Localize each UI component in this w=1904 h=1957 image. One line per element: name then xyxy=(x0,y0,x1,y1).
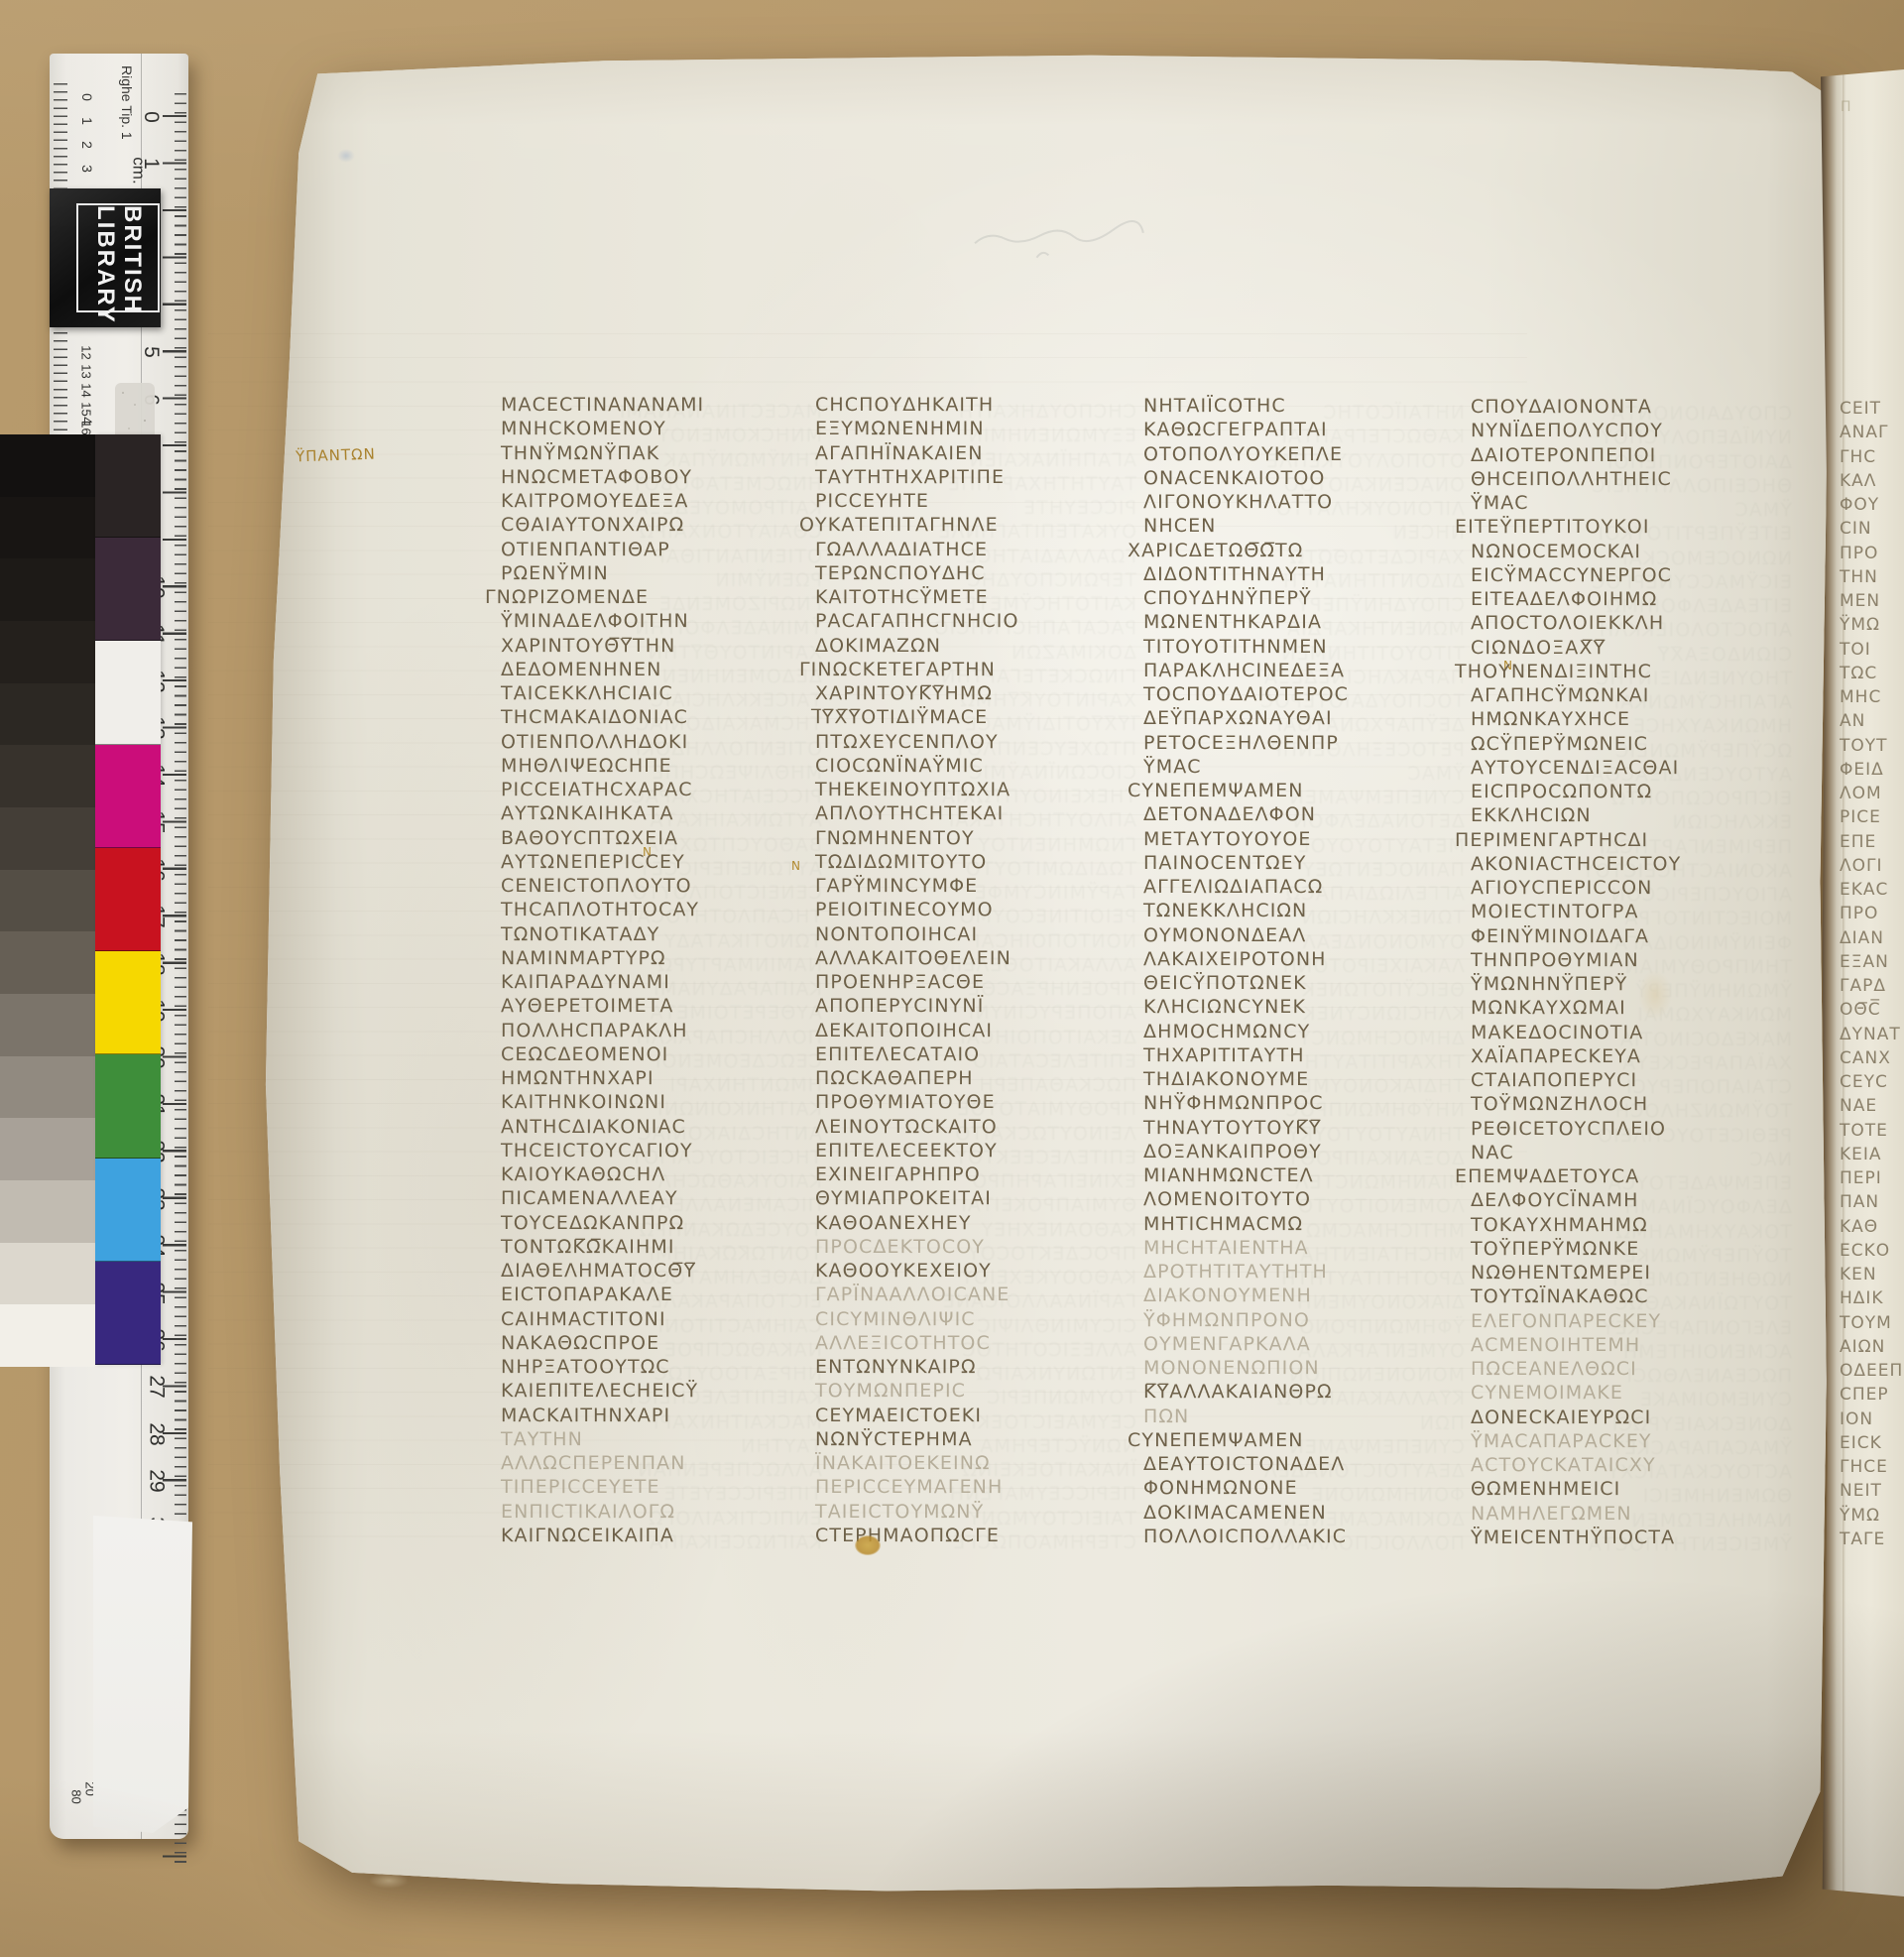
text-line: ΝΩΝΟCΕΜΟCΚΑΙ xyxy=(1471,540,1798,563)
text-line: ΔΟΝΕCΚΑΙΕΥΡΩCΙ xyxy=(1471,1406,1798,1429)
text-line: ΕΠΕΜΨΑΔΕΤΟΥCΑ xyxy=(1455,1164,1798,1188)
text-line: ΔΕΑΥΤΟΙCΤΟΝΑΔΕΛ xyxy=(1143,1452,1471,1476)
text-line: ΓΝΩΡΙΖΟΜΕΝΔΕ xyxy=(485,585,828,609)
text-line: ΚΑΙΠΑΡΑΔΥΝΑΜΙ xyxy=(501,970,828,994)
text-line: ΕΠΙΤΕΛΕCΑΤΑΙΟ xyxy=(815,1042,1142,1066)
text-line: ΡΙCCΕΙΑΤΗCΧΑΡΑC xyxy=(501,778,828,801)
text-line: ΠΤΩΧΕΥCΕΝΠΛΟΥ xyxy=(815,730,1142,754)
text-line: ΠΟΛΛΟΙCΠΟΛΛΑΚΙC xyxy=(1143,1525,1471,1548)
text-line: ΜΩΝΚΑΥΧΩΜΑΙ xyxy=(1471,996,1798,1020)
text-line: ΡΕΘΙCΕΤΟΥCΠΛΕΙΟ xyxy=(1471,1117,1798,1141)
text-line: ΜΝΗCΚΟΜΕΝΟΥ xyxy=(501,417,828,440)
color-patch xyxy=(95,538,161,641)
marginal-correction-note: ΫΠΑΝΤΩΝ xyxy=(296,445,376,466)
text-line: CΥΝΕΠΕΜΨΑΜΕΝ xyxy=(1128,1428,1471,1452)
text-line: ΝΥΝΪΔΕΠΟΛΥCΠΟΥ xyxy=(1471,419,1798,442)
text-line: ΜΗCΗΤΑΙΕΝΤΗΑ xyxy=(1143,1236,1471,1260)
text-line: ΘΕΙCΫΠΟΤΩΝΕΚ xyxy=(1143,971,1471,995)
color-patch xyxy=(95,848,161,951)
text-line: ΤΙΤΟΥΟΤΙΤΗΝΜΕΝ xyxy=(1143,635,1471,659)
text-line: ΔΕΛΦΟΥCΪΝΑΜΗ xyxy=(1471,1188,1798,1212)
text-line: ΕΠΙΤΕΛΕCΕΕΚΤΟΥ xyxy=(815,1139,1142,1162)
text-line: ΚΑΙΕΠΙΤΕΛΕCΗΕΙCΫ xyxy=(501,1379,828,1403)
text-line: ΝΗΤΑΙΪCΟΤΗC xyxy=(1143,394,1471,418)
text-line: CΕΩCΔΕΟΜΕΝΟΙ xyxy=(501,1042,828,1066)
edge-text-line: ΡΙCΕ xyxy=(1840,805,1904,829)
text-line: CΘΑΙΑΥΤΟΝΧΑΙΡΩ xyxy=(501,513,828,537)
ruler-cm-number: 5 xyxy=(139,346,163,358)
text-line: ΘΗCΕΙΠΟΛΛΗΤΗΕΙC xyxy=(1471,467,1798,491)
text-line: ΑΓΙΟΥCΠΕΡΙCCΟΝ xyxy=(1471,876,1798,900)
text-line: CΠΟΥΔΑΙΟΝΟΝΤΑ xyxy=(1471,395,1798,419)
grayscale-step-wedge xyxy=(0,434,95,1367)
edge-text-line: ΜΗC xyxy=(1840,685,1904,709)
edge-text-line: ΕΙCΚ xyxy=(1840,1431,1904,1455)
edge-text-line: ΠΑΝ xyxy=(1840,1190,1904,1214)
edge-text-line: ΓΗCΕ xyxy=(1840,1455,1904,1479)
edge-text-line: ΤΗΝ xyxy=(1840,565,1904,589)
text-line: ΟΥΜΟΝΟΝΔΕΑΛ xyxy=(1143,923,1471,947)
british-library-label: BRITISH LIBRARY xyxy=(50,188,161,327)
text-line: ΕΙCΤΟΠΑΡΑΚΑΛΕ xyxy=(501,1283,828,1306)
set-off-ghost-marks xyxy=(966,211,1155,271)
edge-text-line: ΤΟΙ xyxy=(1840,638,1904,662)
text-line: ΔΟΚΙΜΑCΑΜΕΝΕΝ xyxy=(1143,1501,1471,1525)
text-line: CΤΑΙΑΠΟΠΕΡΥCΙ xyxy=(1471,1068,1798,1092)
edge-text-line: ΑΙΩΝ xyxy=(1840,1335,1904,1359)
text-line: ΟΥΜΕΝΓΑΡΚΑΛΑ xyxy=(1143,1332,1471,1356)
text-line: ΤΑΥΤΗΝ xyxy=(501,1427,828,1451)
text-line: ΑΠΟCΤΟΛΟΙΕΚΚΛΗ xyxy=(1471,611,1798,635)
text-line: ΛΟΜΕΝΟΙΤΟΥΤΟ xyxy=(1143,1187,1471,1211)
text-line: ΜΑCΕCΤΙΝΑΝΑΝΑΜΙ xyxy=(501,393,828,417)
text-line: ΚΑΙΓΝΩCΕΙΚΑΙΠΑ xyxy=(501,1524,828,1547)
text-line: ΤΑΙCΕΚΚΛΗCΙΑΙC xyxy=(501,681,828,705)
gray-step xyxy=(0,1304,95,1367)
text-line: ΧΑΡΙΝΤΟΥΘ̅Υ̅ΤΗΝ xyxy=(501,634,828,658)
text-line: ΤΗΝΠΡΟΘΥΜΙΑΝ xyxy=(1471,948,1798,972)
text-line: ΜΕΤΑΥΤΟΥΟΥΟΕ xyxy=(1143,827,1471,851)
text-line: ΤΟΚΑΥΧΗΜΑΗΜΩ xyxy=(1471,1213,1798,1237)
text-line: ΔΟΚΙΜΑΖΩΝ xyxy=(815,634,1142,658)
edge-text-line: ΫΜΩ xyxy=(1840,1504,1904,1528)
edge-text-line: ΠΕΡΙ xyxy=(1840,1166,1904,1190)
edge-text-line: ΕΚΑC xyxy=(1840,878,1904,902)
brand-line: BRITISH xyxy=(119,205,146,310)
text-line: CΙCΥΜΙΝΘΛΙΨΙC xyxy=(815,1307,1142,1331)
color-patch xyxy=(95,1159,161,1262)
text-line: ΤΑΙΕΙCΤΟΥΜΩΝΫ xyxy=(815,1500,1142,1524)
brand-line: LIBRARY xyxy=(92,205,119,310)
text-line: ΟΤΙΕΝΠΑΝΤΙΘΑΡ xyxy=(501,538,828,561)
ruler-cm-number: 0 xyxy=(139,111,163,123)
text-line: ΜΑΚΕΔΟCΙΝΟΤΙΑ xyxy=(1471,1021,1798,1044)
text-line: ΤΗCΑΠΛΟΤΗΤΟCΑΥ xyxy=(501,898,828,921)
text-line: ΚΛΗCΙΩΝCΥΝΕΚ xyxy=(1143,995,1471,1019)
text-line: CΕΝΕΙCΤΟΠΛΟΥΤΟ xyxy=(501,874,828,898)
color-patch xyxy=(95,1054,161,1158)
text-line: ΤΟΫΠΕΡΫΜΩΝΚΕ xyxy=(1471,1237,1798,1261)
gray-step xyxy=(0,931,95,994)
color-patch xyxy=(95,1262,161,1365)
text-line: ΕΙΤΕΑΔΕΛΦΟΙΗΜΩ xyxy=(1471,587,1798,611)
text-column-1: ΜΑCΕCΤΙΝΑΝΑΝΑΜΙΜΝΗCΚΟΜΕΝΟΥΤΗΝΫΜΩΝΫΠΑΚΗΝΩ… xyxy=(501,393,828,1547)
text-line: ΠΡΟΘΥΜΙΑΤΟΥΘΕ xyxy=(815,1090,1142,1114)
text-line: CΠΟΥΔΗΝΫΠΕΡΫ xyxy=(1143,586,1471,610)
text-line: ΤΗΟΥΝΕΝΔΙΞΙΝΤΗC xyxy=(1455,660,1798,683)
text-line: ΓΑΡΪΝΑΑΛΛΟΙCΑΝΕ xyxy=(815,1283,1142,1306)
text-line: CΙΩΝΔΟΞΑΧ̅Υ̅ xyxy=(1471,636,1798,660)
edge-text-line: ΔΙΑΝ xyxy=(1840,926,1904,950)
text-line: CΥΝΕΜΟΙΜΑΚΕ xyxy=(1471,1381,1798,1405)
text-line: ΕΚΚΛΗCΙΩΝ xyxy=(1471,803,1798,827)
text-line: ΝΗΫΦΗΜΩΝΠΡΟC xyxy=(1143,1091,1471,1115)
text-line: ΑΠΟΠΕΡΥCΙΝΥΝΪ xyxy=(815,994,1142,1018)
text-line: ΑΛΛΕΞΙCΟΤΗΤΟC xyxy=(815,1331,1142,1355)
text-line: ΠΩΝ xyxy=(1143,1405,1471,1428)
gray-step xyxy=(0,1056,95,1119)
text-line: ΤΩΝΕΚΚΛΗCΙΩΝ xyxy=(1143,899,1471,922)
text-line: ΚΑΙΟΥΚΑΘΩCΗΛ xyxy=(501,1162,828,1186)
edge-text-line: ΝΑΕ xyxy=(1840,1094,1904,1118)
text-line: ΔΕΤΟΝΑΔΕΛΦΟΝ xyxy=(1143,802,1471,826)
text-line: ΕΞΥΜΩΝΕΝΗΜΙΝ xyxy=(815,417,1142,440)
text-line: ΔΡΟΤΗΤΙΤΑΥΤΗΤΗ xyxy=(1143,1260,1471,1284)
ruler-side-number: 1 xyxy=(79,117,95,125)
text-column-4: CΠΟΥΔΑΙΟΝΟΝΤΑΝΥΝΪΔΕΠΟΛΥCΠΟΥΔΑΙΟΤΕΡΟΝΠΕΠΟ… xyxy=(1471,395,1798,1549)
text-line: ΜΑCΚΑΙΤΗΝΧΑΡΙ xyxy=(501,1404,828,1427)
edge-text-line: ΤΟΥΤ xyxy=(1840,734,1904,758)
text-line: ΧΑΡΙΝΤΟΥΚ̅Υ̅ΗΜΩ xyxy=(815,681,1142,705)
color-patch xyxy=(95,745,161,848)
gray-step xyxy=(0,497,95,559)
text-line: ΠΟΛΛΗCΠΑΡΑΚΛΗ xyxy=(501,1019,828,1042)
text-line: CΗCΠΟΥΔΗΚΑΙΤΗ xyxy=(815,393,1142,417)
edge-text-line: ΛΟΓΙ xyxy=(1840,854,1904,878)
text-line: ΤΑΥΤΗΤΗΧΑΡΙΤΙΠΕ xyxy=(815,465,1142,489)
text-line: ΜΩΝΕΝΤΗΚΑΡΔΙΑ xyxy=(1143,610,1471,634)
edge-text-line: ΤΟΥΜ xyxy=(1840,1311,1904,1335)
text-line: ΤΗΔΙΑΚΟΝΟΥΜΕ xyxy=(1143,1067,1471,1091)
text-line: ΤΟΥCΕΔΩΚΑΝΠΡΩ xyxy=(501,1211,828,1235)
text-line: ΠΙCΑΜΕΝΑΛΛΕΑΥ xyxy=(501,1186,828,1210)
text-line: ΕΛΕΓΟΝΠΑΡΕCΚΕΥ xyxy=(1471,1309,1798,1333)
text-line: ΠΡΟΕΝΗΡΞΑCΘΕ xyxy=(815,970,1142,994)
text-line: ΜΗΘΛΙΨΕΩCΗΠΕ xyxy=(501,754,828,778)
text-line: ΛΙΓΟΝΟΥΚΗΛΑΤΤΟ xyxy=(1143,490,1471,514)
text-line: ΜΙΑΝΗΜΩΝCΤΕΛ xyxy=(1143,1163,1471,1187)
ruler-bottom-number: 80 xyxy=(69,1789,84,1803)
text-line: ΧΑΡΙCΔΕΤΩΘ̅Ω̅ΤΩ xyxy=(1128,539,1471,562)
ruler-side-number: 13 xyxy=(79,364,94,378)
text-line: ΚΑΙΤΟΤΗCΫΜΕΤΕ xyxy=(815,585,1142,609)
text-line: ΡΑCΑΓΑΠΗCΓΝΗCΙΟ xyxy=(815,609,1142,633)
ruler-side-number: 3 xyxy=(79,165,95,173)
text-line: ΝΑΚΑΘΩCΠΡΟΕ xyxy=(501,1331,828,1355)
text-line: ΜΟΙΕCΤΙΝΤΟΓΡΑ xyxy=(1471,900,1798,923)
text-line: ΔΕΚΑΙΤΟΠΟΙΗCΑΙ xyxy=(815,1019,1142,1042)
gray-step xyxy=(0,870,95,932)
text-line: ΡΕΙΟΙΤΙΝΕCΟΥΜΟ xyxy=(815,898,1142,921)
text-line: ΕΧΙΝΕΙΓΑΡΗΠΡΟ xyxy=(815,1162,1142,1186)
text-line: ΑΓΓΕΛΙΩΔΙΑΠΑCΩ xyxy=(1143,875,1471,899)
text-line: ΝΩΘΗΕΝΤΩΜΕΡΕΙ xyxy=(1471,1261,1798,1284)
text-line: ΔΑΙΟΤΕΡΟΝΠΕΠΟΙ xyxy=(1471,443,1798,467)
edge-text-line: ΜΕΝ xyxy=(1840,589,1904,613)
ruler-cm-number: 28 xyxy=(145,1422,169,1445)
text-line: ΓΩΑΛΛΑΔΙΑΤΗCΕ xyxy=(815,538,1142,561)
text-line: ΔΗΜΟCΗΜΩΝCΥ xyxy=(1143,1020,1471,1043)
text-line: ΪΝΑΚΑΙΤΟΕΚΕΙΝΩ xyxy=(815,1451,1142,1475)
text-line: ΕΙΤΕΫΠΕΡΤΙΤΟΥΚΟΙ xyxy=(1455,515,1798,539)
edge-text-line: ΔΥΝΑΤ xyxy=(1840,1023,1904,1046)
text-line: ΚΑΘΟΑΝΕΧΗΕΥ xyxy=(815,1211,1142,1235)
text-line: ΠΕΡΙCCΕΥΜΑΓΕΝΗ xyxy=(815,1475,1142,1499)
edge-text-line: ΤΩC xyxy=(1840,662,1904,685)
edge-text-line: ΗΔΙΚ xyxy=(1840,1286,1904,1310)
text-line: ΫΜΑC xyxy=(1143,755,1471,779)
text-line: ΑΛΛΩCΠΕΡΕΝΠΑΝ xyxy=(501,1451,828,1475)
text-line: ΠΕΡΙΜΕΝΓΑΡΤΗCΔΙ xyxy=(1455,828,1798,852)
photograph-background: ΫΠΑΝΤΩΝ Ν Ν Ν ΜΑCΕCΤΙΝΑΝΑΝΑΜΙΜΝΗCΚΟΜΕΝΟΥ… xyxy=(0,0,1904,1957)
text-line: ΠΑΙΝΟCΕΝΤΩΕΥ xyxy=(1143,851,1471,875)
text-line: ΡΕΤΟCΕΞΗΛΘΕΝΠΡ xyxy=(1143,731,1471,755)
text-line: ΟΤΙΕΝΠΟΛΛΗΔΟΚΙ xyxy=(501,730,828,754)
text-line: ΝΑC xyxy=(1471,1141,1798,1164)
text-column-2: CΗCΠΟΥΔΗΚΑΙΤΗΕΞΥΜΩΝΕΝΗΜΙΝΑΓΑΠΗΪΝΑΚΑΙΕΝΤΑ… xyxy=(815,393,1142,1547)
ruler-side-number: 0 xyxy=(79,93,95,101)
ruler-side-number: 2 xyxy=(79,141,95,149)
text-line: CΕΥΜΑΕΙCΤΟΕΚΙ xyxy=(815,1404,1142,1427)
edge-text-line: ΓΗC xyxy=(1840,445,1904,469)
sticker-residue xyxy=(115,383,155,440)
edge-text-line: ΓΑΡΔ xyxy=(1840,974,1904,998)
edge-text-line: CΑΝΧ xyxy=(1840,1046,1904,1070)
text-line: ΤΗΝΫΜΩΝΫΠΑΚ xyxy=(501,441,828,465)
edge-text-line: ΫΜΩ xyxy=(1840,613,1904,637)
text-line: ΤΟCΠΟΥΔΑΙΟΤΕΡΟC xyxy=(1143,682,1471,706)
text-line: ΤΟΝΤΩΚ̅Ω̅ΚΑΙΗΜΙ xyxy=(501,1235,828,1259)
text-line: ΡΩΕΝΫΜΙΝ xyxy=(501,561,828,585)
edge-text-line: ΑΝ xyxy=(1840,709,1904,733)
text-line: ΓΑΡΫΜΙΝCΥΜΦΕ xyxy=(815,874,1142,898)
text-line: ΡΙCCΕΥΗΤΕ xyxy=(815,489,1142,513)
white-card-overlay xyxy=(93,1516,192,1833)
text-line: ΤΗCΜΑΚΑΙΔΟΝΙΑC xyxy=(501,705,828,729)
text-line: ΩCΫΠΕΡΫΜΩΝΕΙC xyxy=(1471,732,1798,756)
edge-text-line: ΠΡΟ xyxy=(1840,902,1904,925)
text-line: ΑΓΑΠΗΪΝΑΚΑΙΕΝ xyxy=(815,441,1142,465)
text-line: ΓΝΩΜΗΝΕΝΤΟΥ xyxy=(815,826,1142,850)
text-line: ΠΡΟCΔΕΚΤΟCΟΥ xyxy=(815,1235,1142,1259)
gray-step xyxy=(0,807,95,870)
text-line: ΟΥΚΑΤΕΠΙΤΑΓΗΝΛΕ xyxy=(799,513,1142,537)
edge-text-line: CΙΝ xyxy=(1840,517,1904,541)
text-line: ΫΜΑCΑΠΑΡΑCΚΕΥ xyxy=(1471,1429,1798,1453)
text-line: Ι̅Υ̅Χ̅Υ̅ΟΤΙΔΙΫΜΑCΕ xyxy=(815,705,1142,729)
color-patch xyxy=(95,641,161,744)
text-column-3: ΝΗΤΑΙΪCΟΤΗCΚΑΘΩCΓΕΓΡΑΠΤΑΙΟΤΟΠΟΛΥΟΥΚΕΠΛΕΟ… xyxy=(1143,394,1471,1548)
text-line: ΑΠΛΟΥΤΗCΗΤΕΚΑΙ xyxy=(815,801,1142,825)
text-line: ΝΩΝΫCΤΕΡΗΜΑ xyxy=(815,1427,1142,1451)
british-library-text: BRITISH LIBRARY xyxy=(76,203,160,312)
text-line: ΓΙΝΩCΚΕΤΕΓΑΡΤΗΝ xyxy=(799,658,1142,681)
edge-text-line: ΙΟΝ xyxy=(1840,1407,1904,1431)
text-line: ΤΟΫΜΩΝΖΗΛΟCΗ xyxy=(1471,1092,1798,1116)
edge-text-line: ΑΝΑΓ xyxy=(1840,421,1904,444)
gray-step xyxy=(0,1118,95,1180)
gray-step xyxy=(0,745,95,807)
text-line: ΠΩCΕΑΝΕΛΘΩCΙ xyxy=(1471,1357,1798,1381)
gray-step xyxy=(0,1243,95,1305)
text-line: ΠΩCΚΑΘΑΠΕΡΗ xyxy=(815,1066,1142,1090)
gray-step xyxy=(0,558,95,621)
text-line: ΔΙΑΘΕΛΗΜΑΤΟCΘ̅Υ̅ xyxy=(501,1259,828,1283)
text-line: ΑCΤΟΥCΚΑΤΑΙCΧΥ xyxy=(1471,1453,1798,1477)
edge-text-line: ΦΟΥ xyxy=(1840,493,1904,517)
text-line: CΥΝΕΠΕΜΨΑΜΕΝ xyxy=(1128,779,1471,802)
text-line: ΝΗΡΞΑΤΟΟΥΤΩC xyxy=(501,1355,828,1379)
text-line: ΚΑΙΤΡΟΜΟΥΕΔΕΞΑ xyxy=(501,489,828,513)
text-line: ΤΩΔΙΔΩΜΙΤΟΥΤΟ xyxy=(815,850,1142,874)
text-line: ΒΑΘΟΥCΠΤΩΧΕΙΑ xyxy=(501,826,828,850)
text-line: ΚΑΙΤΗΝΚΟΙΝΩΝΙ xyxy=(501,1090,828,1114)
color-calibration-patches xyxy=(95,434,161,1365)
ruler-side-label: Righe Tip. 1 xyxy=(119,65,135,184)
text-line: ΔΙΔΟΝΤΙΤΗΝΑΥΤΗ xyxy=(1143,562,1471,586)
text-line: ΫΜΙΝΑΔΕΛΦΟΙΤΗΝ xyxy=(501,609,828,633)
gray-step xyxy=(0,683,95,746)
text-line: CΙΟCΩΝΪΝΑΫΜΙC xyxy=(815,754,1142,778)
text-line: ΫΜΩΝΗΝΫΠΕΡΫ xyxy=(1471,972,1798,996)
text-line: ΤΗΧΑΡΙΤΙΤΑΥΤΗ xyxy=(1143,1043,1471,1067)
text-line: ΤΟΥΜΩΝΠΕΡΙC xyxy=(815,1379,1142,1403)
color-patch xyxy=(95,434,161,538)
text-line: ΑΥΘΕΡΕΤΟΙΜΕΤΑ xyxy=(501,994,828,1018)
edge-text-line: ΛΟΜ xyxy=(1840,782,1904,805)
edge-text-line: CΕΥC xyxy=(1840,1070,1904,1094)
text-line: ΝΗCΕΝ xyxy=(1143,514,1471,538)
edge-text-line: ΕΞΑΝ xyxy=(1840,950,1904,974)
edge-text-line: CΕΙΤ xyxy=(1840,397,1904,421)
edge-text-line: ΦΕΙΔ xyxy=(1840,758,1904,782)
text-line: ΕΝΤΩΝΥΝΚΑΙΡΩ xyxy=(815,1355,1142,1379)
text-line: ΫΜΑC xyxy=(1471,491,1798,515)
text-line: ΚΑΘΟΟΥΚΕΧΕΙΟΥ xyxy=(815,1259,1142,1283)
text-line: ΟΝΑCΕΝΚΑΙΟΤΟΟ xyxy=(1143,466,1471,490)
edge-text-line: ΚΕΝ xyxy=(1840,1263,1904,1286)
text-line: ΑΥΤΩΝΚΑΙΗΚΑΤΑ xyxy=(501,801,828,825)
color-patch xyxy=(95,951,161,1054)
next-folio-text-column: CΕΙΤΑΝΑΓΓΗCΚΑΛΦΟΥCΙΝΠΡΟΤΗΝΜΕΝΫΜΩΤΟΙΤΩCΜΗ… xyxy=(1840,397,1904,1551)
text-line: ΗΝΩCΜΕΤΑΦΟΒΟΥ xyxy=(501,465,828,489)
text-line: ΔΕΔΟΜΕΝΗΝΕΝ xyxy=(501,658,828,681)
text-line: ΑΥΤΩΝΕΠΕΡΙCCΕΥ xyxy=(501,850,828,874)
edge-text-line: ΚΑΘ xyxy=(1840,1215,1904,1239)
text-line: Κ̅Υ̅ΑΛΛΑΚΑΙΑΝΘΡΩ xyxy=(1143,1380,1471,1404)
text-line: ΠΑΡΑΚΛΗCΙΝΕΔΕΞΑ xyxy=(1143,659,1471,682)
text-line: ΝΑΜΙΝΜΑΡΤΥΡΩ xyxy=(501,946,828,970)
ruler-side-number: 12 xyxy=(79,345,94,359)
text-line: ΟΤΟΠΟΛΥΟΥΚΕΠΛΕ xyxy=(1143,442,1471,466)
text-line: ΤΗΝΑΥΤΟΥΤΟΥΚ̅Υ̅ xyxy=(1143,1116,1471,1140)
text-line: ΔΕΫΠΑΡΧΩΝΑΥΘΑΙ xyxy=(1143,706,1471,730)
text-line: ΤΙΠΕΡΙCCΕΥΕΤΕ xyxy=(501,1475,828,1499)
text-line: ΤΕΡΩΝCΠΟΥΔΗC xyxy=(815,561,1142,585)
text-line: ΑΓΑΠΗCΫΜΩΝΚΑΙ xyxy=(1471,683,1798,707)
ruler-side-number-extra: 4 xyxy=(79,417,95,425)
edge-text-line: ΠΡΟ xyxy=(1840,542,1904,565)
text-line: ΝΑΜΗΛΕΓΩΜΕΝ xyxy=(1471,1502,1798,1526)
ruler-side-number: 15 xyxy=(79,402,94,416)
edge-text-line: ΚΑΛ xyxy=(1840,469,1904,493)
text-line: ΤΟΥΤΩΪΝΑΚΑΘΩC xyxy=(1471,1284,1798,1308)
edge-text-line: ΚΕΙΑ xyxy=(1840,1143,1904,1166)
text-line: CΤΕΡΗΜΑΟΠΩCΓΕ xyxy=(815,1524,1142,1547)
edge-text-line: ΤΟΤΕ xyxy=(1840,1119,1904,1143)
text-line: ΑΛΛΑΚΑΙΤΟΘΕΛΕΙΝ xyxy=(815,946,1142,970)
text-line: ΝΟΝΤΟΠΟΙΗCΑΙ xyxy=(815,922,1142,946)
text-line: ΦΟΝΗΜΩΝΟΝΕ xyxy=(1143,1476,1471,1500)
quire-mark: Π xyxy=(1841,99,1851,115)
ruler-side-number: 14 xyxy=(79,383,94,397)
text-line: ΦΕΙΝΫΜΙΝΟΙΔΑΓΑ xyxy=(1471,924,1798,948)
text-line: ΘΩΜΕΝΗΜΕΙCΙ xyxy=(1471,1477,1798,1501)
text-line: ΧΑΪΑΠΑΡΕCΚΕΥΑ xyxy=(1471,1044,1798,1068)
gray-step xyxy=(0,1180,95,1243)
edge-text-line: ΕCΚΟ xyxy=(1840,1239,1904,1263)
gray-step xyxy=(0,621,95,683)
text-line: ΤΗCΕΙCΤΟΥCΑΓΙΟΥ xyxy=(501,1139,828,1162)
text-line: ΑΥΤΟΥCΕΝΔΙΞΑCΘΑΙ xyxy=(1471,756,1798,780)
text-line: ΑΝΤΗCΔΙΑΚΟΝΙΑC xyxy=(501,1115,828,1139)
text-line: ΛΑΚΑΙΧΕΙΡΟΤΟΝΗ xyxy=(1143,947,1471,971)
edge-text-line: ΕΠΕ xyxy=(1840,830,1904,854)
text-line: ΕΙCΠΡΟCΩΠΟΝΤΩ xyxy=(1471,780,1798,803)
text-line: ΕΝΠΙCΤΙΚΑΙΛΟΓΩ xyxy=(501,1500,828,1524)
gray-step xyxy=(0,994,95,1056)
text-line: ΜΟΝΟΝΕΝΩΠΙΟΝ xyxy=(1143,1356,1471,1380)
edge-text-line: ΝΕΙΤ xyxy=(1840,1479,1904,1503)
text-line: ΗΜΩΝΤΗΝΧΑΡΙ xyxy=(501,1066,828,1090)
text-line: ΛΕΙΝΟΥΤΩCΚΑΙΤΟ xyxy=(815,1115,1142,1139)
text-line: ΜΗΤΙCΗΜΑCΜΩ xyxy=(1143,1212,1471,1236)
text-line: ΔΙΑΚΟΝΟΥΜΕΝΗ xyxy=(1143,1284,1471,1307)
text-line: ΕΙCΫΜΑCCΥΝΕΡΓΟC xyxy=(1471,563,1798,587)
gray-step xyxy=(0,434,95,497)
text-line: ΔΟΞΑΝΚΑΙΠΡΟΘΥ xyxy=(1143,1140,1471,1163)
text-line: ΚΑΘΩCΓΕΓΡΑΠΤΑΙ xyxy=(1143,418,1471,441)
text-line: ΤΩΝΟΤΙΚΑΤΑΔΥ xyxy=(501,922,828,946)
ruler-cm-number: 29 xyxy=(145,1469,169,1492)
text-line: ΗΜΩΝΚΑΥΧΗCΕ xyxy=(1471,707,1798,731)
text-line: CΑΙΗΜΑCΤΙΤΟΝΙ xyxy=(501,1307,828,1331)
text-line: ΘΥΜΙΑΠΡΟΚΕΙΤΑΙ xyxy=(815,1186,1142,1210)
text-line: ΑCΜΕΝΟΙΗΤΕΜΗ xyxy=(1471,1333,1798,1357)
edge-text-line: ΟΘ̅C̅ xyxy=(1840,998,1904,1022)
text-line: ΑΚΟΝΙΑCΤΗCΕΙCΤΟΥ xyxy=(1471,852,1798,876)
ruler-cm-number: 27 xyxy=(145,1376,169,1399)
edge-text-line: CΠΕΡ xyxy=(1840,1383,1904,1407)
edge-text-line: ΤΑΓΕ xyxy=(1840,1528,1904,1551)
edge-text-line: ΟΔΕΕΠ xyxy=(1840,1359,1904,1383)
text-line: ΫΦΗΜΩΝΠΡΟΝΟ xyxy=(1143,1308,1471,1332)
text-line: ΫΜΕΙCΕΝΤΗΫΠΟCΤΑ xyxy=(1471,1526,1798,1549)
text-line: ΤΗΕΚΕΙΝΟΥΠΤΩΧΙΑ xyxy=(815,778,1142,801)
